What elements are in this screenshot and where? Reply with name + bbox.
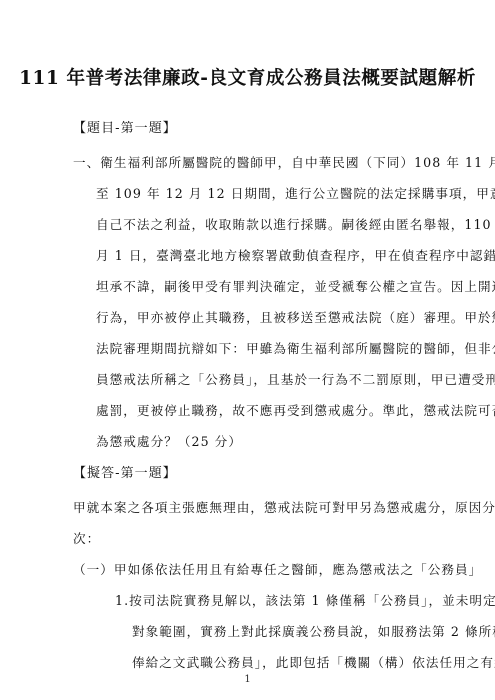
question-line: 員懲戒法所稱之「公務員」，且基於一行為不二罰原則，甲已遭受刑事 — [96, 369, 495, 388]
question-line: 法院審理期間抗辯如下：甲雖為衛生福利部所屬醫院的醫師，但非公務 — [96, 338, 495, 357]
question-line: 一、衛生福利部所屬醫院的醫師甲，自中華民國（下同）108 年 11 月 1 日 — [73, 152, 495, 171]
question-line: 自己不法之利益，收取賄款以進行採購。嗣後經由匿名舉報，110 年 2 — [96, 214, 495, 233]
answer-intro-line: 甲就本案之各項主張應無理由，懲戒法院可對甲另為懲戒處分，原因分析如 — [73, 497, 495, 516]
page-number: 1 — [0, 674, 495, 685]
section-one-heading: （一）甲如係依法任用且有給專任之醫師，應為懲戒法之「公務員」 — [73, 559, 482, 578]
section-one-point-line: 對象範圍，實務上對此採廣義公務員說，如服務法第 2 條所稱「受有 — [132, 621, 495, 640]
question-line: 處罰，更被停止職務，故不應再受到懲戒處分。準此，懲戒法院可否另 — [96, 400, 495, 419]
question-line: 為懲戒處分？（25 分） — [96, 431, 242, 450]
section-one-point-line: 俸給之文武職公務員」，此即包括「機關（構）依法任用之有給專任人 — [132, 652, 495, 671]
question-line: 坦承不諱，嗣後甲受有罪判決確定，並受褫奪公權之宣告。因上開違法 — [96, 276, 495, 295]
question-line: 行為，甲亦被停止其職務，且被移送至懲戒法院（庭）審理。甲於懲戒 — [96, 307, 495, 326]
question-line: 至 109 年 12 月 12 日期間，進行公立醫院的法定採購事項，甲意圖為 — [96, 183, 495, 202]
document-title: 111 年普考法律廉政-良文育成公務員法概要試題解析 — [0, 64, 495, 90]
question-header: 【題目-第一題】 — [73, 117, 177, 136]
section-one-point-line: 1.按司法院實務見解以，該法第 1 條僅稱「公務員」，並未明定懲戒 — [115, 590, 495, 609]
answer-intro-line: 次： — [73, 528, 100, 547]
answer-header: 【擬答-第一題】 — [73, 462, 177, 481]
question-line: 月 1 日，臺灣臺北地方檢察署啟動偵查程序，甲在偵查程序中認錯並 — [96, 245, 495, 264]
